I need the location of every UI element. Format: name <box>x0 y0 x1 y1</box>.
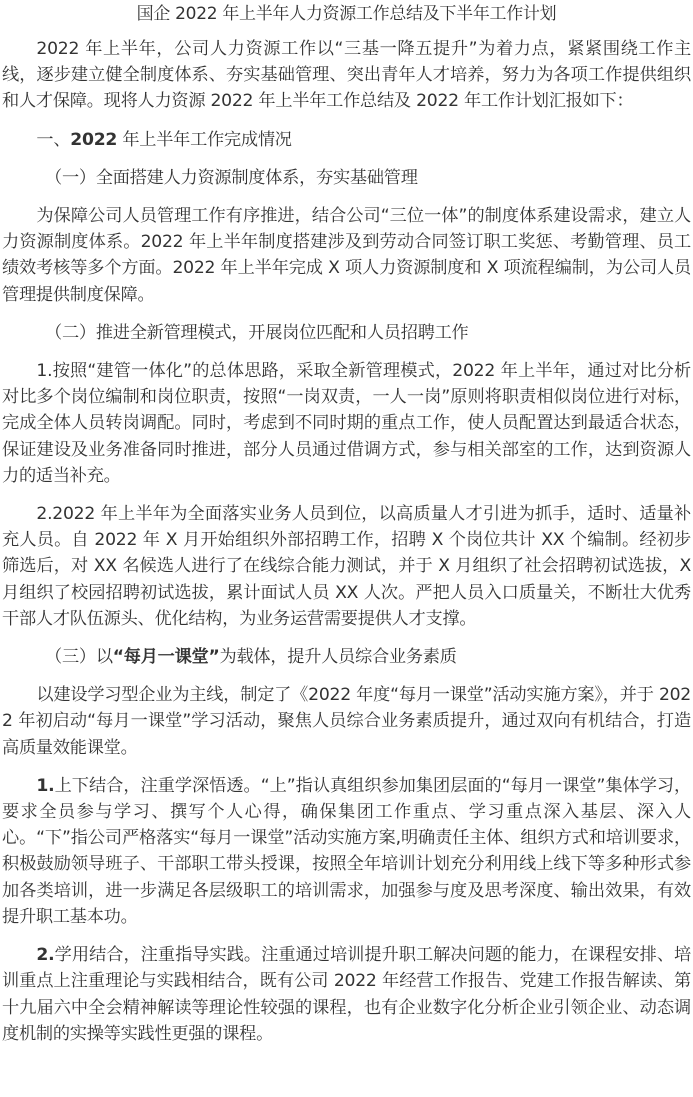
subsection-2-item-2: 2.2022 年上半年为全面落实业务人员到位，以高质量人才引进为抓手，适时、适量… <box>2 501 691 632</box>
subsection-2-item-1: 1.按照“建管一体化”的总体思路，采取全新管理模式，2022 年上半年，通过对比… <box>2 358 691 489</box>
subsection-3-item-2: 2.学用结合，注重指导实践。注重通过培训提升职工解决问题的能力，在课程安排、培训… <box>2 942 691 1047</box>
subsection-heading-2: （二）推进全新管理模式，开展岗位匹配和人员招聘工作 <box>2 320 691 346</box>
item-1-number: 1. <box>36 776 54 796</box>
section-prefix: 一、 <box>36 130 70 150</box>
section-heading-rest: 年上半年工作完成情况 <box>117 130 292 150</box>
intro-paragraph: 2022 年上半年，公司人力资源工作以“三基一降五提升”为着力点，紧紧围绕工作主… <box>2 36 691 115</box>
item-1-text: 上下结合，注重学深悟透。“上”指认真组织参加集团层面的“每月一课堂”集体学习，要… <box>2 776 691 927</box>
subsection-3-heading-pre: （三）以 <box>45 647 113 667</box>
document-title: 国企 2022 年上半年人力资源工作总结及下半年工作计划 <box>2 1 691 27</box>
section-heading-1: 一、2022 年上半年工作完成情况 <box>2 127 691 153</box>
subsection-3-body: 以建设学习型企业为主线，制定了《2022 年度“每月一课堂”活动实施方案》，并于… <box>2 682 691 761</box>
section-year: 2022 <box>70 130 117 150</box>
item-2-text: 学用结合，注重指导实践。注重通过培训提升职工解决问题的能力，在课程安排、培训重点… <box>2 945 691 1044</box>
item-2-number: 2. <box>36 945 54 965</box>
subsection-3-heading-bold: “每月一课堂” <box>113 647 220 667</box>
document: 国企 2022 年上半年人力资源工作总结及下半年工作计划 2022 年上半年，公… <box>0 1 693 1047</box>
subsection-1-body: 为保障公司人员管理工作有序推进，结合公司“三位一体”的制度体系建设需求，建立人力… <box>2 203 691 308</box>
subsection-heading-1: （一）全面搭建人力资源制度体系，夯实基础管理 <box>2 165 691 191</box>
subsection-3-item-1: 1.上下结合，注重学深悟透。“上”指认真组织参加集团层面的“每月一课堂”集体学习… <box>2 773 691 930</box>
subsection-heading-3: （三）以“每月一课堂”为载体，提升人员综合业务素质 <box>2 644 691 670</box>
subsection-3-heading-post: 为载体，提升人员综合业务素质 <box>220 647 457 667</box>
